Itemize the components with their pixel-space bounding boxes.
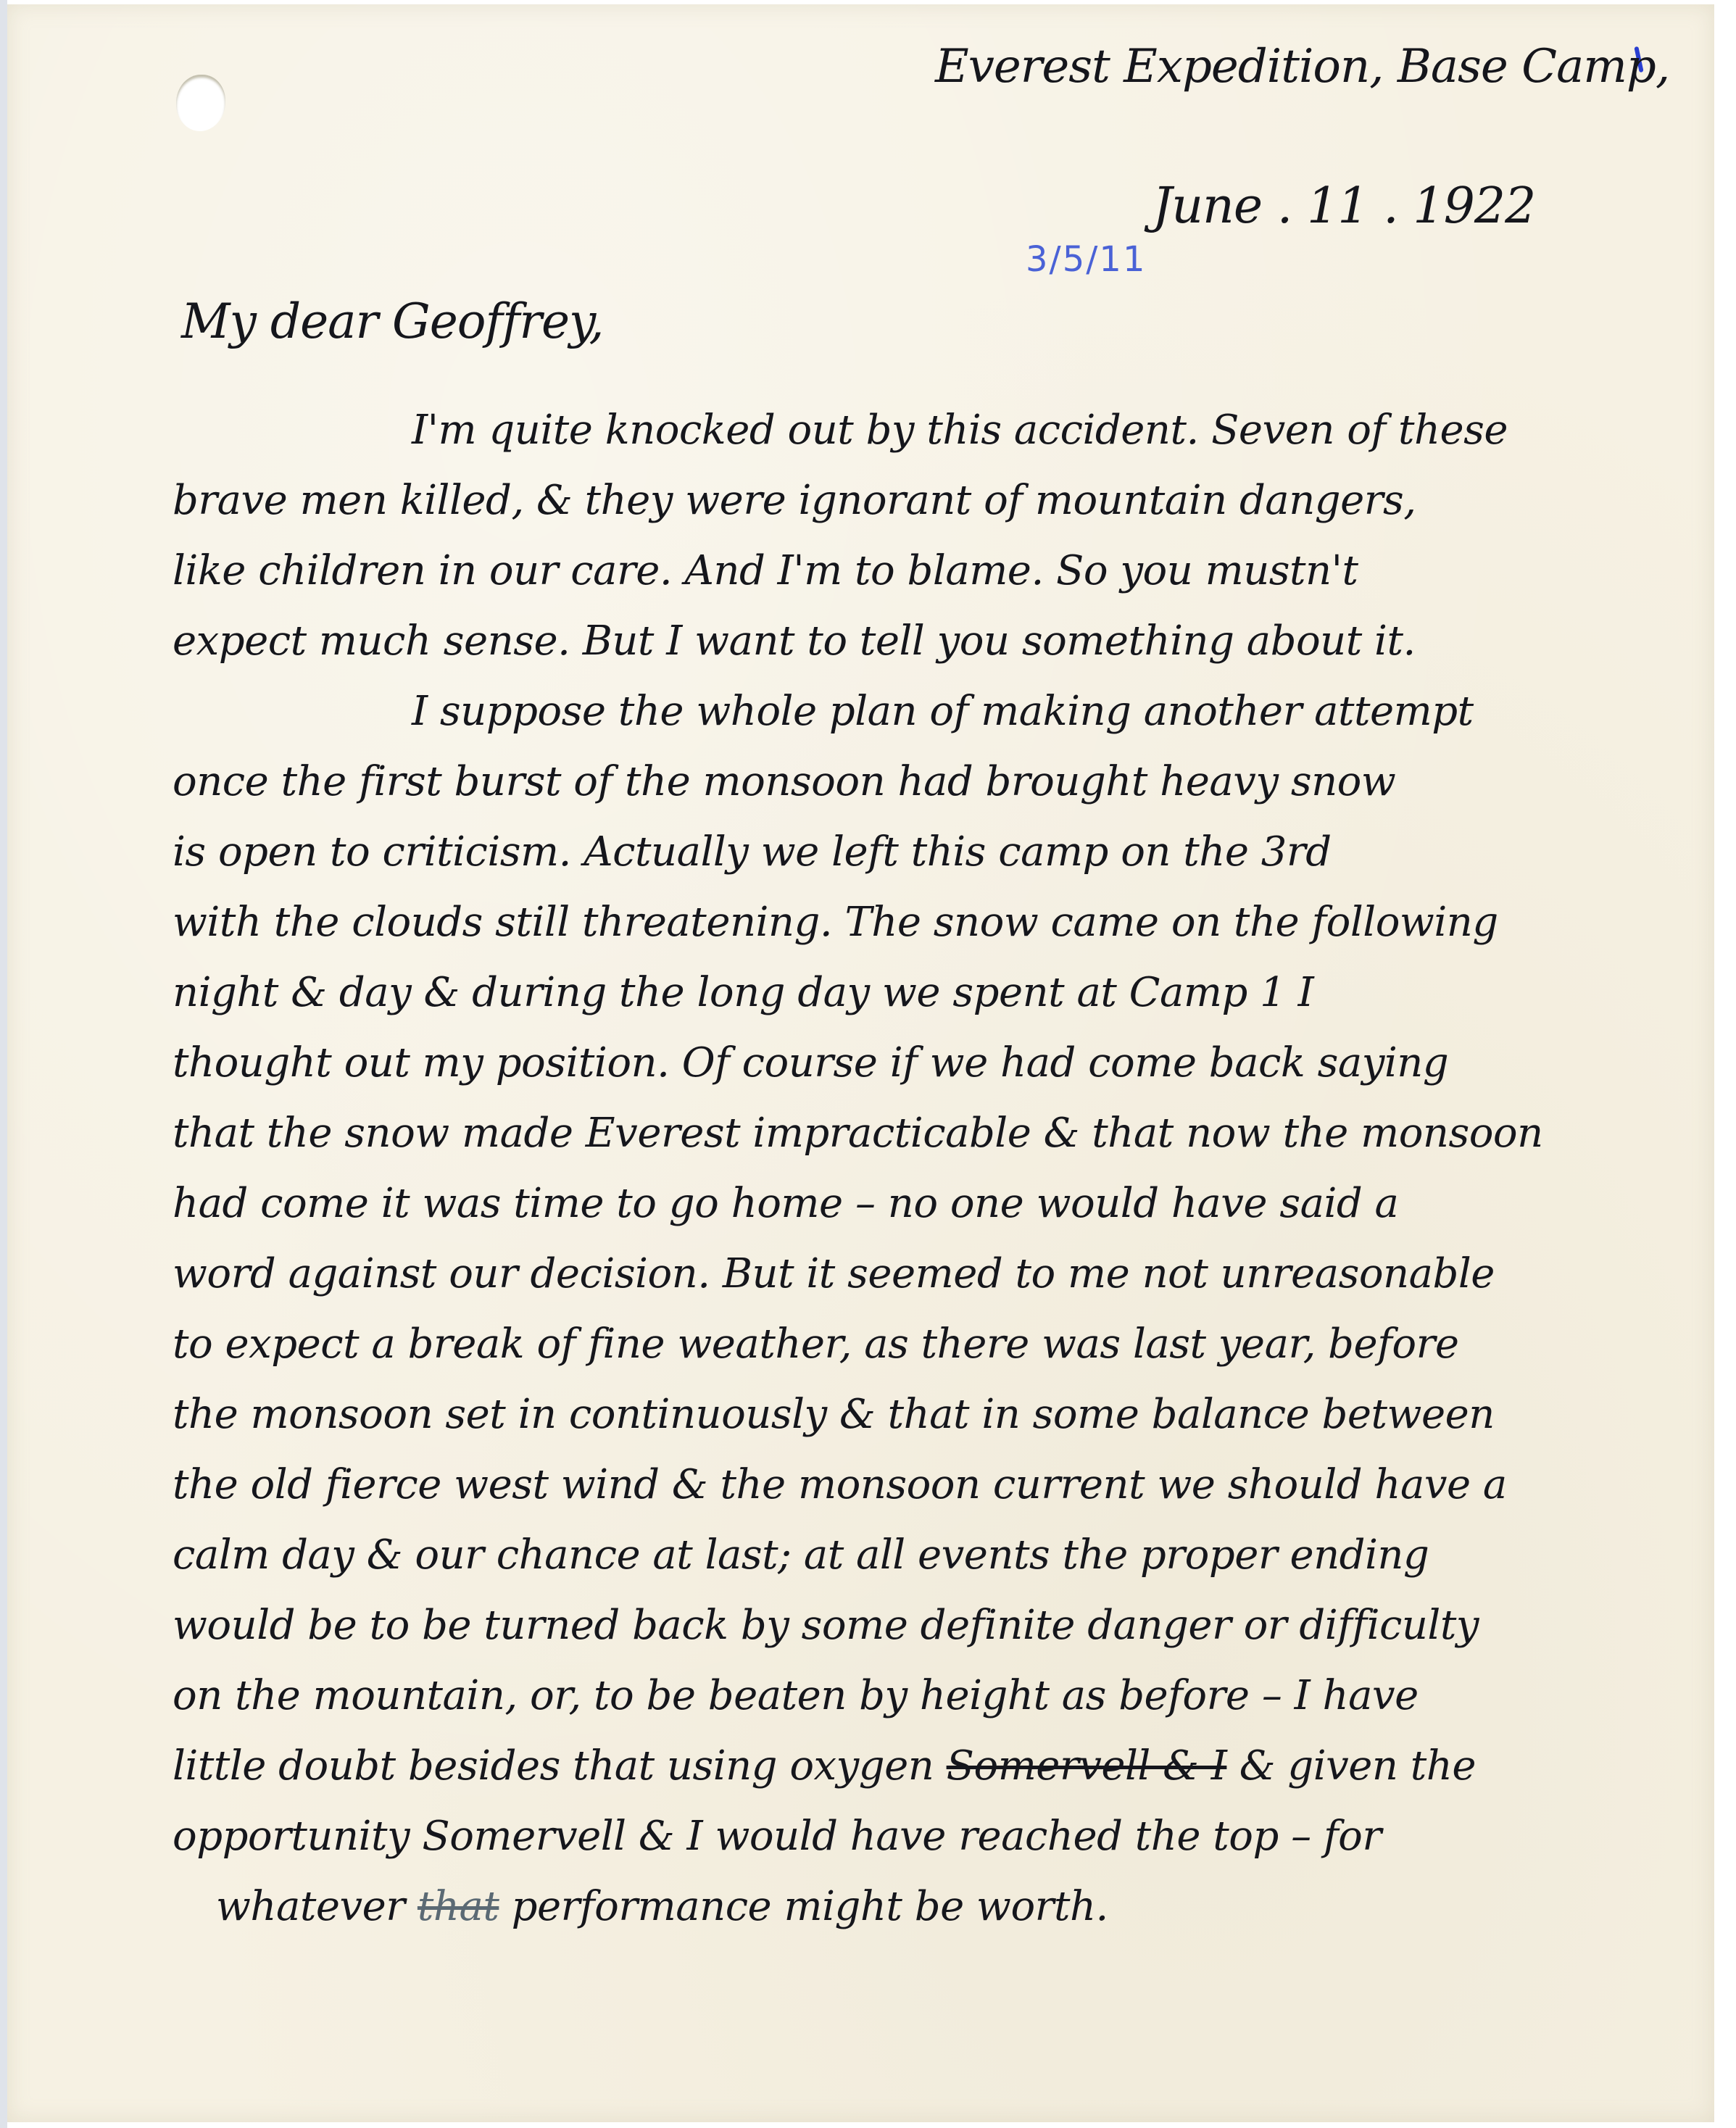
struck-out-text: that (418, 1883, 499, 1930)
body-line-text: little doubt besides that using oxygen (173, 1742, 934, 1790)
body-line: the old fierce west wind & the monsoon c… (173, 1450, 1687, 1520)
body-line: to expect a break of fine weather, as th… (173, 1309, 1687, 1379)
letter-body: I'm quite knocked out by this accident. … (173, 395, 1687, 1942)
body-line: that the snow made Everest impracticable… (173, 1098, 1687, 1168)
body-line: with the clouds still threatening. The s… (173, 887, 1687, 957)
body-line: the monsoon set in continuously & that i… (173, 1379, 1687, 1450)
body-line-with-strikethrough: little doubt besides that using oxygen S… (173, 1731, 1687, 1801)
body-line: I'm quite knocked out by this accident. … (173, 395, 1687, 465)
body-line-text: performance might be worth. (512, 1883, 1108, 1930)
body-line: had come it was time to go home – no one… (173, 1168, 1687, 1239)
body-line-with-strikethrough: whatever that performance might be worth… (173, 1871, 1687, 1942)
body-line: thought out my position. Of course if we… (173, 1028, 1687, 1098)
archive-reference-annotation: 3/5/11 (1026, 239, 1147, 280)
body-line: is open to criticism. Actually we left t… (173, 817, 1687, 887)
body-line: like children in our care. And I'm to bl… (173, 536, 1687, 606)
body-line-text: & given the (1239, 1742, 1476, 1790)
body-line: on the mountain, or, to be beaten by hei… (173, 1661, 1687, 1731)
body-line: expect much sense. But I want to tell yo… (173, 606, 1687, 676)
letter-date: June . 11 . 1922 (1153, 178, 1535, 235)
body-line: I suppose the whole plan of making anoth… (173, 676, 1687, 747)
body-line: word against our decision. But it seemed… (173, 1239, 1687, 1309)
body-line-text: whatever (216, 1883, 405, 1930)
struck-out-text: Somervell & I (947, 1742, 1227, 1790)
letter-place-heading: Everest Expedition, Base Camp, (935, 40, 1669, 93)
body-line: opportunity Somervell & I would have rea… (173, 1801, 1687, 1871)
salutation: My dear Geoffrey, (181, 294, 604, 349)
body-line: would be to be turned back by some defin… (173, 1590, 1687, 1661)
body-line: calm day & our chance at last; at all ev… (173, 1520, 1687, 1590)
scan-edge (0, 0, 7, 2128)
body-line: once the first burst of the monsoon had … (173, 747, 1687, 817)
body-line: night & day & during the long day we spe… (173, 957, 1687, 1028)
body-line: brave men killed, & they were ignorant o… (173, 465, 1687, 536)
